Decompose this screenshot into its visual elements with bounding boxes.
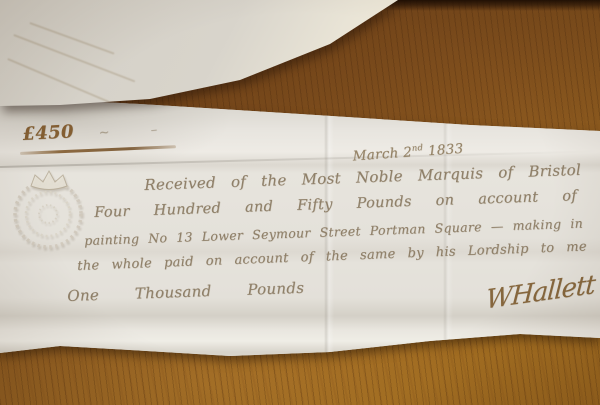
faint-handwriting-mark	[29, 22, 114, 55]
curled-paper	[0, 0, 600, 405]
photo-of-receipt-on-table: £450 ~ – March 2nd 1833 Received of the …	[0, 0, 600, 405]
curled-paper-shadow-wrap	[0, 0, 600, 405]
faint-handwriting-mark	[13, 34, 135, 82]
